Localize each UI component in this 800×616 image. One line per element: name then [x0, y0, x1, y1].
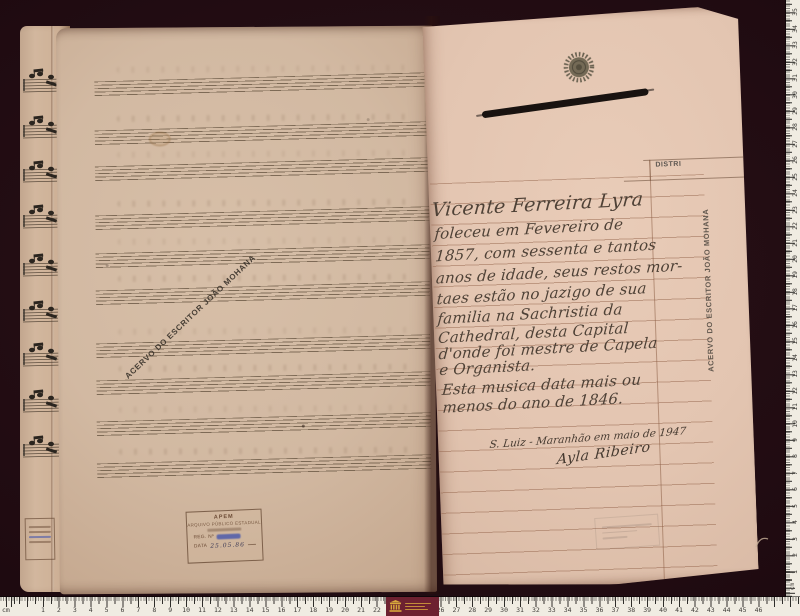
- ruler-mark-8: 8: [791, 450, 799, 462]
- ruler-mark-42: 42: [688, 606, 702, 614]
- ruler-mark-26: 26: [791, 154, 799, 166]
- printed-column-header: DISTRI: [655, 161, 681, 169]
- bleed-through-notes: [118, 237, 408, 245]
- ruler-mark-40: 40: [656, 606, 670, 614]
- ruler-mark-14: 14: [243, 606, 257, 614]
- blank-stave: [96, 281, 430, 305]
- ink-speck: [302, 425, 305, 428]
- blank-stave: [95, 157, 429, 181]
- ruler-mark-9: 9: [791, 434, 799, 446]
- stamp-registry-row: REG. Nº: [188, 532, 262, 540]
- ruler-mark-38: 38: [624, 606, 638, 614]
- ruler-mark-28: 28: [791, 121, 799, 133]
- ruler-mark-13: 13: [227, 606, 241, 614]
- ruler-mark-13: 13: [791, 368, 799, 380]
- right-page-handwritten-note: DISTRI Vicente Ferreira Lyrafoleceu em F…: [422, 6, 759, 591]
- blank-stave: [97, 454, 431, 478]
- ruler-unit-label: cm: [2, 606, 10, 614]
- ruler-mark-31: 31: [791, 72, 799, 84]
- ruler-mark-14: 14: [791, 352, 799, 364]
- ruler-mark-3: 3: [791, 533, 799, 545]
- bleed-through-notes: [118, 364, 408, 372]
- ruler-mark-16: 16: [275, 606, 289, 614]
- ink-speck: [106, 264, 109, 267]
- ruler-mark-28: 28: [465, 606, 479, 614]
- ruler-mark-46: 46: [752, 606, 766, 614]
- ruler-mark-5: 5: [100, 606, 114, 614]
- stray-pen-mark: [755, 534, 771, 555]
- date-value: 25.05.86: [210, 541, 245, 549]
- ruler-mark-45: 45: [736, 606, 750, 614]
- paper-stain: [149, 132, 171, 147]
- ruler-mark-22: 22: [370, 606, 384, 614]
- ruler-mark-35: 35: [791, 6, 799, 18]
- ruler-mark-4: 4: [84, 606, 98, 614]
- national-seal-icon: [560, 47, 598, 93]
- ruler-mark-18: 18: [791, 286, 799, 298]
- ruler-mark-2: 2: [791, 549, 799, 561]
- ruler-mark-36: 36: [593, 606, 607, 614]
- registry-label: REG. Nº: [194, 534, 215, 540]
- ruler-mark-33: 33: [791, 39, 799, 51]
- vertical-cm-ruler: 1234567891011121314151617181920212223242…: [786, 0, 800, 597]
- ruler-mark-10: 10: [791, 418, 799, 430]
- ruler-mark-7: 7: [791, 467, 799, 479]
- ruler-mark-12: 12: [791, 385, 799, 397]
- ruler-mark-11: 11: [791, 401, 799, 413]
- ruler-mark-3: 3: [68, 606, 82, 614]
- ruler-mark-37: 37: [608, 606, 622, 614]
- stave-group: [56, 26, 433, 29]
- ruler-unit-label: cm: [789, 583, 796, 590]
- ruler-mark-6: 6: [116, 606, 130, 614]
- registry-number-scribble: [217, 533, 241, 539]
- stamp-illegible-line: [187, 527, 261, 533]
- photograph-background: ACERVO DO ESCRITOR JOÃO MOHANA APEM ARQU…: [0, 0, 800, 616]
- bleed-through-notes: [118, 274, 408, 282]
- ruler-mark-43: 43: [704, 606, 718, 614]
- ruler-mark-10: 10: [179, 606, 193, 614]
- ruler-mark-35: 35: [577, 606, 591, 614]
- ruler-mark-15: 15: [791, 335, 799, 347]
- ruler-mark-12: 12: [211, 606, 225, 614]
- bleed-through-notes: [119, 447, 409, 455]
- bleed-through-stamp: [594, 514, 660, 550]
- ruler-mark-27: 27: [791, 138, 799, 150]
- ruler-mark-8: 8: [147, 606, 161, 614]
- ink-speck: [367, 118, 370, 121]
- partial-archive-stamp: [25, 518, 56, 561]
- bleed-through-notes: [118, 327, 408, 335]
- blank-stave: [95, 121, 429, 145]
- bleed-through-notes: [119, 405, 409, 413]
- left-page-music-staves: ACERVO DO ESCRITOR JOÃO MOHANA APEM ARQU…: [56, 26, 437, 595]
- blank-stave: [94, 72, 428, 96]
- ruler-mark-9: 9: [163, 606, 177, 614]
- ruler-mark-1: 1: [791, 566, 799, 578]
- ruler-mark-7: 7: [131, 606, 145, 614]
- ruler-mark-22: 22: [791, 220, 799, 232]
- ruler-mark-39: 39: [640, 606, 654, 614]
- ruler-mark-1: 1: [36, 606, 50, 614]
- blank-stave: [95, 244, 429, 268]
- ruler-mark-32: 32: [529, 606, 543, 614]
- ruler-mark-4: 4: [791, 516, 799, 528]
- bleed-through-notes: [117, 150, 407, 158]
- ruler-mark-33: 33: [545, 606, 559, 614]
- ruler-mark-25: 25: [791, 171, 799, 183]
- ruler-mark-41: 41: [672, 606, 686, 614]
- ruler-mark-23: 23: [791, 204, 799, 216]
- logo-text-lines: [405, 603, 431, 611]
- ruler-mark-2: 2: [52, 606, 66, 614]
- ruler-mark-20: 20: [791, 253, 799, 265]
- ruler-mark-6: 6: [791, 483, 799, 495]
- ruler-mark-17: 17: [791, 302, 799, 314]
- ruler-mark-19: 19: [322, 606, 336, 614]
- ruler-mark-34: 34: [561, 606, 575, 614]
- blank-stave: [96, 371, 430, 395]
- apem-archive-stamp: APEM ARQUIVO PÚBLICO ESTADUAL REG. Nº DA…: [186, 509, 264, 564]
- building-icon: [389, 600, 402, 613]
- bleed-through-notes: [116, 65, 406, 73]
- blank-stave: [97, 412, 431, 436]
- bleed-through-notes: [117, 114, 407, 122]
- handwriting-block: Vicente Ferreira Lyrafoleceu em Fevereir…: [422, 6, 739, 17]
- bleed-through-notes: [117, 199, 407, 207]
- ruler-mark-32: 32: [791, 56, 799, 68]
- blank-stave: [95, 206, 429, 230]
- ruler-mark-15: 15: [259, 606, 273, 614]
- printed-header-line: [643, 157, 744, 162]
- ruler-mark-30: 30: [791, 89, 799, 101]
- ruler-mark-31: 31: [513, 606, 527, 614]
- ruler-mark-20: 20: [338, 606, 352, 614]
- archive-logo: [386, 597, 439, 616]
- ruler-mark-21: 21: [791, 237, 799, 249]
- ruler-mark-34: 34: [791, 23, 799, 35]
- ruler-mark-17: 17: [290, 606, 304, 614]
- ruler-mark-18: 18: [306, 606, 320, 614]
- ruler-mark-5: 5: [791, 500, 799, 512]
- ruler-mark-24: 24: [791, 187, 799, 199]
- date-label: DATA: [194, 543, 207, 549]
- ruler-mark-19: 19: [791, 269, 799, 281]
- diagonal-ownership-stamp: ACERVO DO ESCRITOR JOÃO MOHANA: [123, 253, 257, 380]
- ruler-mark-44: 44: [720, 606, 734, 614]
- stamp-date-row: DATA 25.05.86: [188, 540, 262, 550]
- ruler-mark-16: 16: [791, 319, 799, 331]
- ruler-mark-27: 27: [449, 606, 463, 614]
- ruler-mark-29: 29: [791, 105, 799, 117]
- ruler-mark-11: 11: [195, 606, 209, 614]
- ruler-mark-21: 21: [354, 606, 368, 614]
- ruler-mark-29: 29: [481, 606, 495, 614]
- ruler-mark-30: 30: [497, 606, 511, 614]
